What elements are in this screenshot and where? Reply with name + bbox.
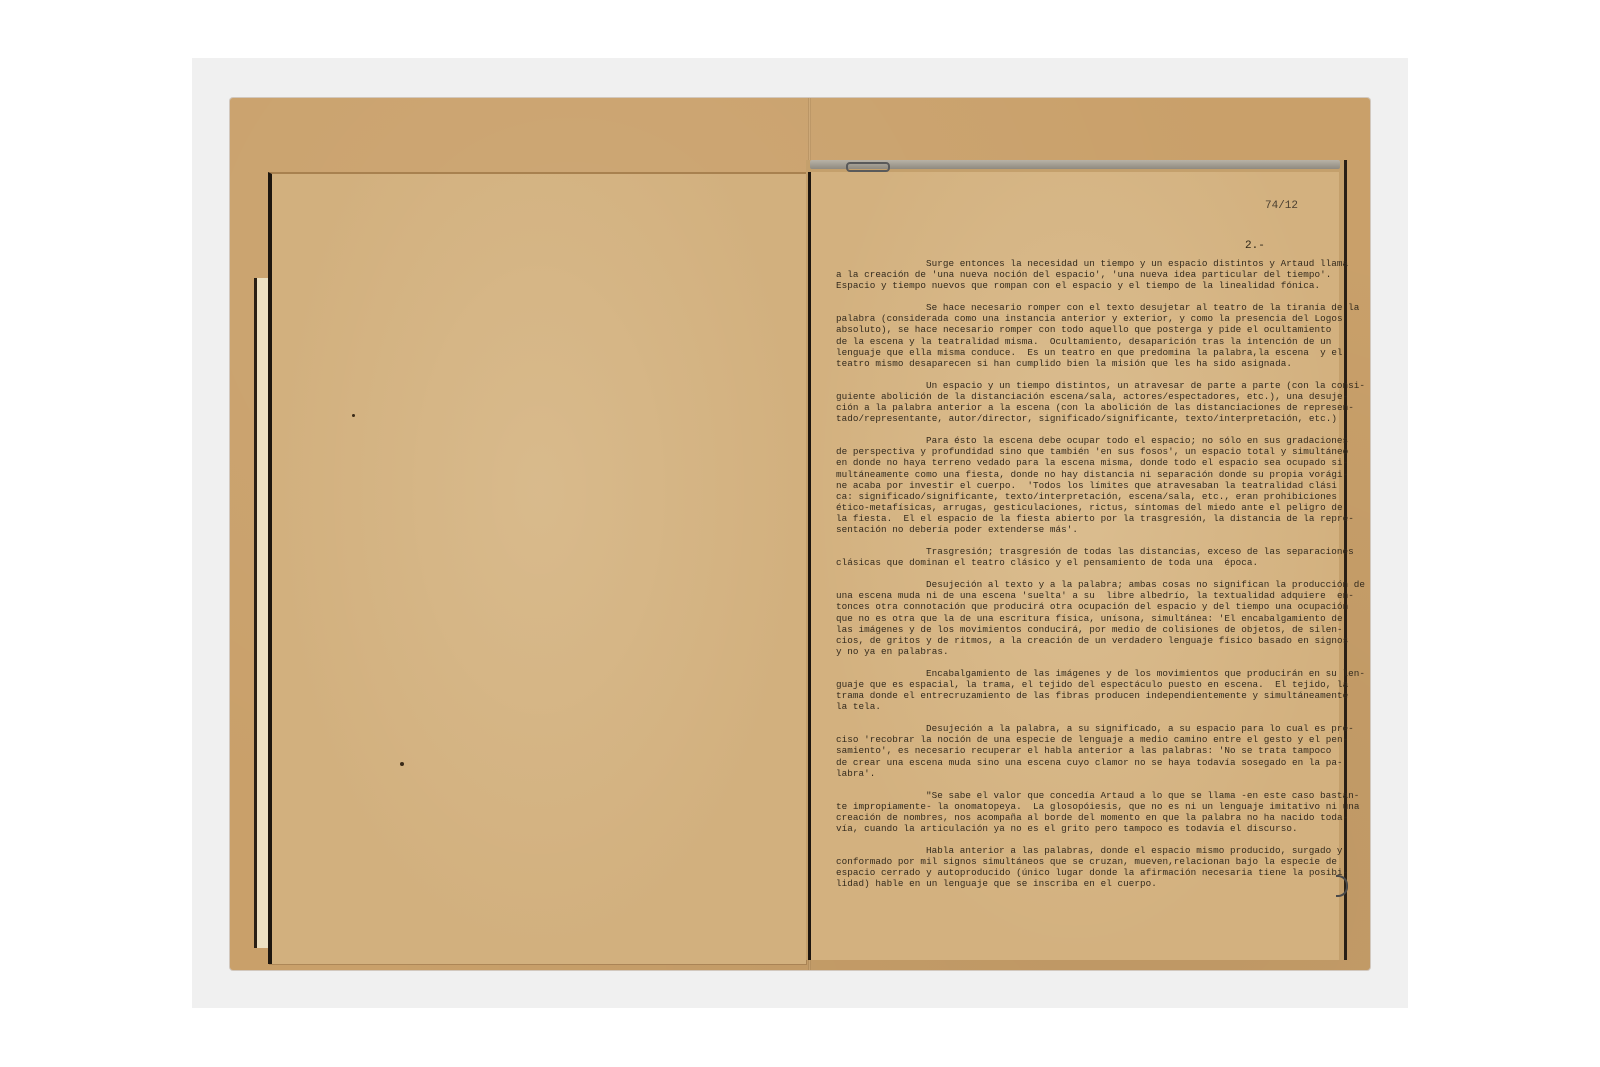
text-line: que no es otra que la de una escritura f… bbox=[836, 613, 1326, 624]
text-line: de crear una escena muda sino una escena… bbox=[836, 757, 1326, 768]
text-line: creación de nombres, nos acompaña al bor… bbox=[836, 812, 1326, 823]
text-line: ca: significado/significante, texto/inte… bbox=[836, 491, 1326, 502]
text-line: la tela. bbox=[836, 701, 1326, 712]
text-line: palabra (considerada como una instancia … bbox=[836, 313, 1326, 324]
text-line: sentación no debería poder extenderse má… bbox=[836, 524, 1326, 535]
text-line: Surge entonces la necesidad un tiempo y … bbox=[836, 258, 1326, 269]
text-line: ne acaba por investir el cuerpo. 'Todos … bbox=[836, 480, 1326, 491]
ink-speck bbox=[400, 762, 404, 766]
text-line: de perspectiva y profundidad sino que ta… bbox=[836, 446, 1326, 457]
paragraph: Un espacio y un tiempo distintos, un atr… bbox=[836, 380, 1326, 424]
paragraph: Desujeción al texto y a la palabra; amba… bbox=[836, 579, 1326, 657]
text-line: Para ésto la escena debe ocupar todo el … bbox=[836, 435, 1326, 446]
text-line: clásicas que dominan el teatro clásico y… bbox=[836, 557, 1326, 568]
text-line: multáneamente como una fiesta, donde no … bbox=[836, 469, 1326, 480]
text-line: ción a la palabra anterior a la escena (… bbox=[836, 402, 1326, 413]
text-line: la fiesta. El el espacio de la fiesta ab… bbox=[836, 513, 1326, 524]
text-line: Habla anterior a las palabras, donde el … bbox=[836, 845, 1326, 856]
ink-speck bbox=[352, 414, 355, 417]
text-line: Desujeción al texto y a la palabra; amba… bbox=[836, 579, 1326, 590]
text-line: Trasgresión; trasgresión de todas las di… bbox=[836, 546, 1326, 557]
typed-body-text: Surge entonces la necesidad un tiempo y … bbox=[836, 258, 1326, 901]
reference-number: 74/12 bbox=[1265, 200, 1298, 212]
text-line: una escena muda ni de una escena 'suelta… bbox=[836, 590, 1326, 601]
text-line: ético-metafísicas, arrugas, gesticulacio… bbox=[836, 502, 1326, 513]
paper-clip-icon bbox=[846, 162, 890, 172]
text-line: lenguaje que ella misma conduce. Es un t… bbox=[836, 347, 1326, 358]
text-line: ciso 'recobrar la noción de una especie … bbox=[836, 734, 1326, 745]
text-line: tado/representante, autor/director, sign… bbox=[836, 413, 1326, 424]
text-line: las imágenes y de los movimientos conduc… bbox=[836, 624, 1326, 635]
text-line: vía, cuando la articulación ya no es el … bbox=[836, 823, 1326, 834]
text-line: guaje que es espacial, la trama, el teji… bbox=[836, 679, 1326, 690]
text-line: Espacio y tiempo nuevos que rompan con e… bbox=[836, 280, 1326, 291]
text-line: Desujeción a la palabra, a su significad… bbox=[836, 723, 1326, 734]
text-line: teatro mismo desaparecen si han cumplido… bbox=[836, 358, 1326, 369]
text-line: lidad) hable en un lenguaje que se inscr… bbox=[836, 878, 1326, 889]
page-number: 2.- bbox=[1245, 240, 1265, 252]
text-line: conformado por mil signos simultáneos qu… bbox=[836, 856, 1326, 867]
paragraph: Se hace necesario romper con el texto de… bbox=[836, 302, 1326, 369]
text-line: en donde no haya terreno vedado para la … bbox=[836, 457, 1326, 468]
paragraph: Habla anterior a las palabras, donde el … bbox=[836, 845, 1326, 889]
text-line: cios, de gritos y de ritmos, a la creaci… bbox=[836, 635, 1326, 646]
left-blank-page bbox=[268, 172, 806, 964]
paragraph: Desujeción a la palabra, a su significad… bbox=[836, 723, 1326, 778]
text-line: espacio cerrado y autoproducido (único l… bbox=[836, 867, 1326, 878]
text-line: labra'. bbox=[836, 768, 1326, 779]
paragraph: Encabalgamiento de las imágenes y de los… bbox=[836, 668, 1326, 712]
text-line: samiento', es necesario recuperar el hab… bbox=[836, 745, 1326, 756]
text-line: "Se sabe el valor que concedía Artaud a … bbox=[836, 790, 1326, 801]
text-line: absoluto), se hace necesario romper con … bbox=[836, 324, 1326, 335]
paragraph: Para ésto la escena debe ocupar todo el … bbox=[836, 435, 1326, 535]
paragraph: Trasgresión; trasgresión de todas las di… bbox=[836, 546, 1326, 568]
text-line: Un espacio y un tiempo distintos, un atr… bbox=[836, 380, 1326, 391]
text-line: a la creación de 'una nueva noción del e… bbox=[836, 269, 1326, 280]
text-line: Encabalgamiento de las imágenes y de los… bbox=[836, 668, 1326, 679]
text-line: y no ya en palabras. bbox=[836, 646, 1326, 657]
text-line: te impropiamente- la onomatopeya. La glo… bbox=[836, 801, 1326, 812]
text-line: guiente abolición de la distanciación es… bbox=[836, 391, 1326, 402]
paragraph: "Se sabe el valor que concedía Artaud a … bbox=[836, 790, 1326, 834]
text-line: de la escena y la teatralidad misma. Ocu… bbox=[836, 336, 1326, 347]
paragraph: Surge entonces la necesidad un tiempo y … bbox=[836, 258, 1326, 291]
text-line: Se hace necesario romper con el texto de… bbox=[836, 302, 1326, 313]
text-line: trama donde el entrecruzamiento de las f… bbox=[836, 690, 1326, 701]
text-line: tonces otra connotación que producirá ot… bbox=[836, 601, 1326, 612]
